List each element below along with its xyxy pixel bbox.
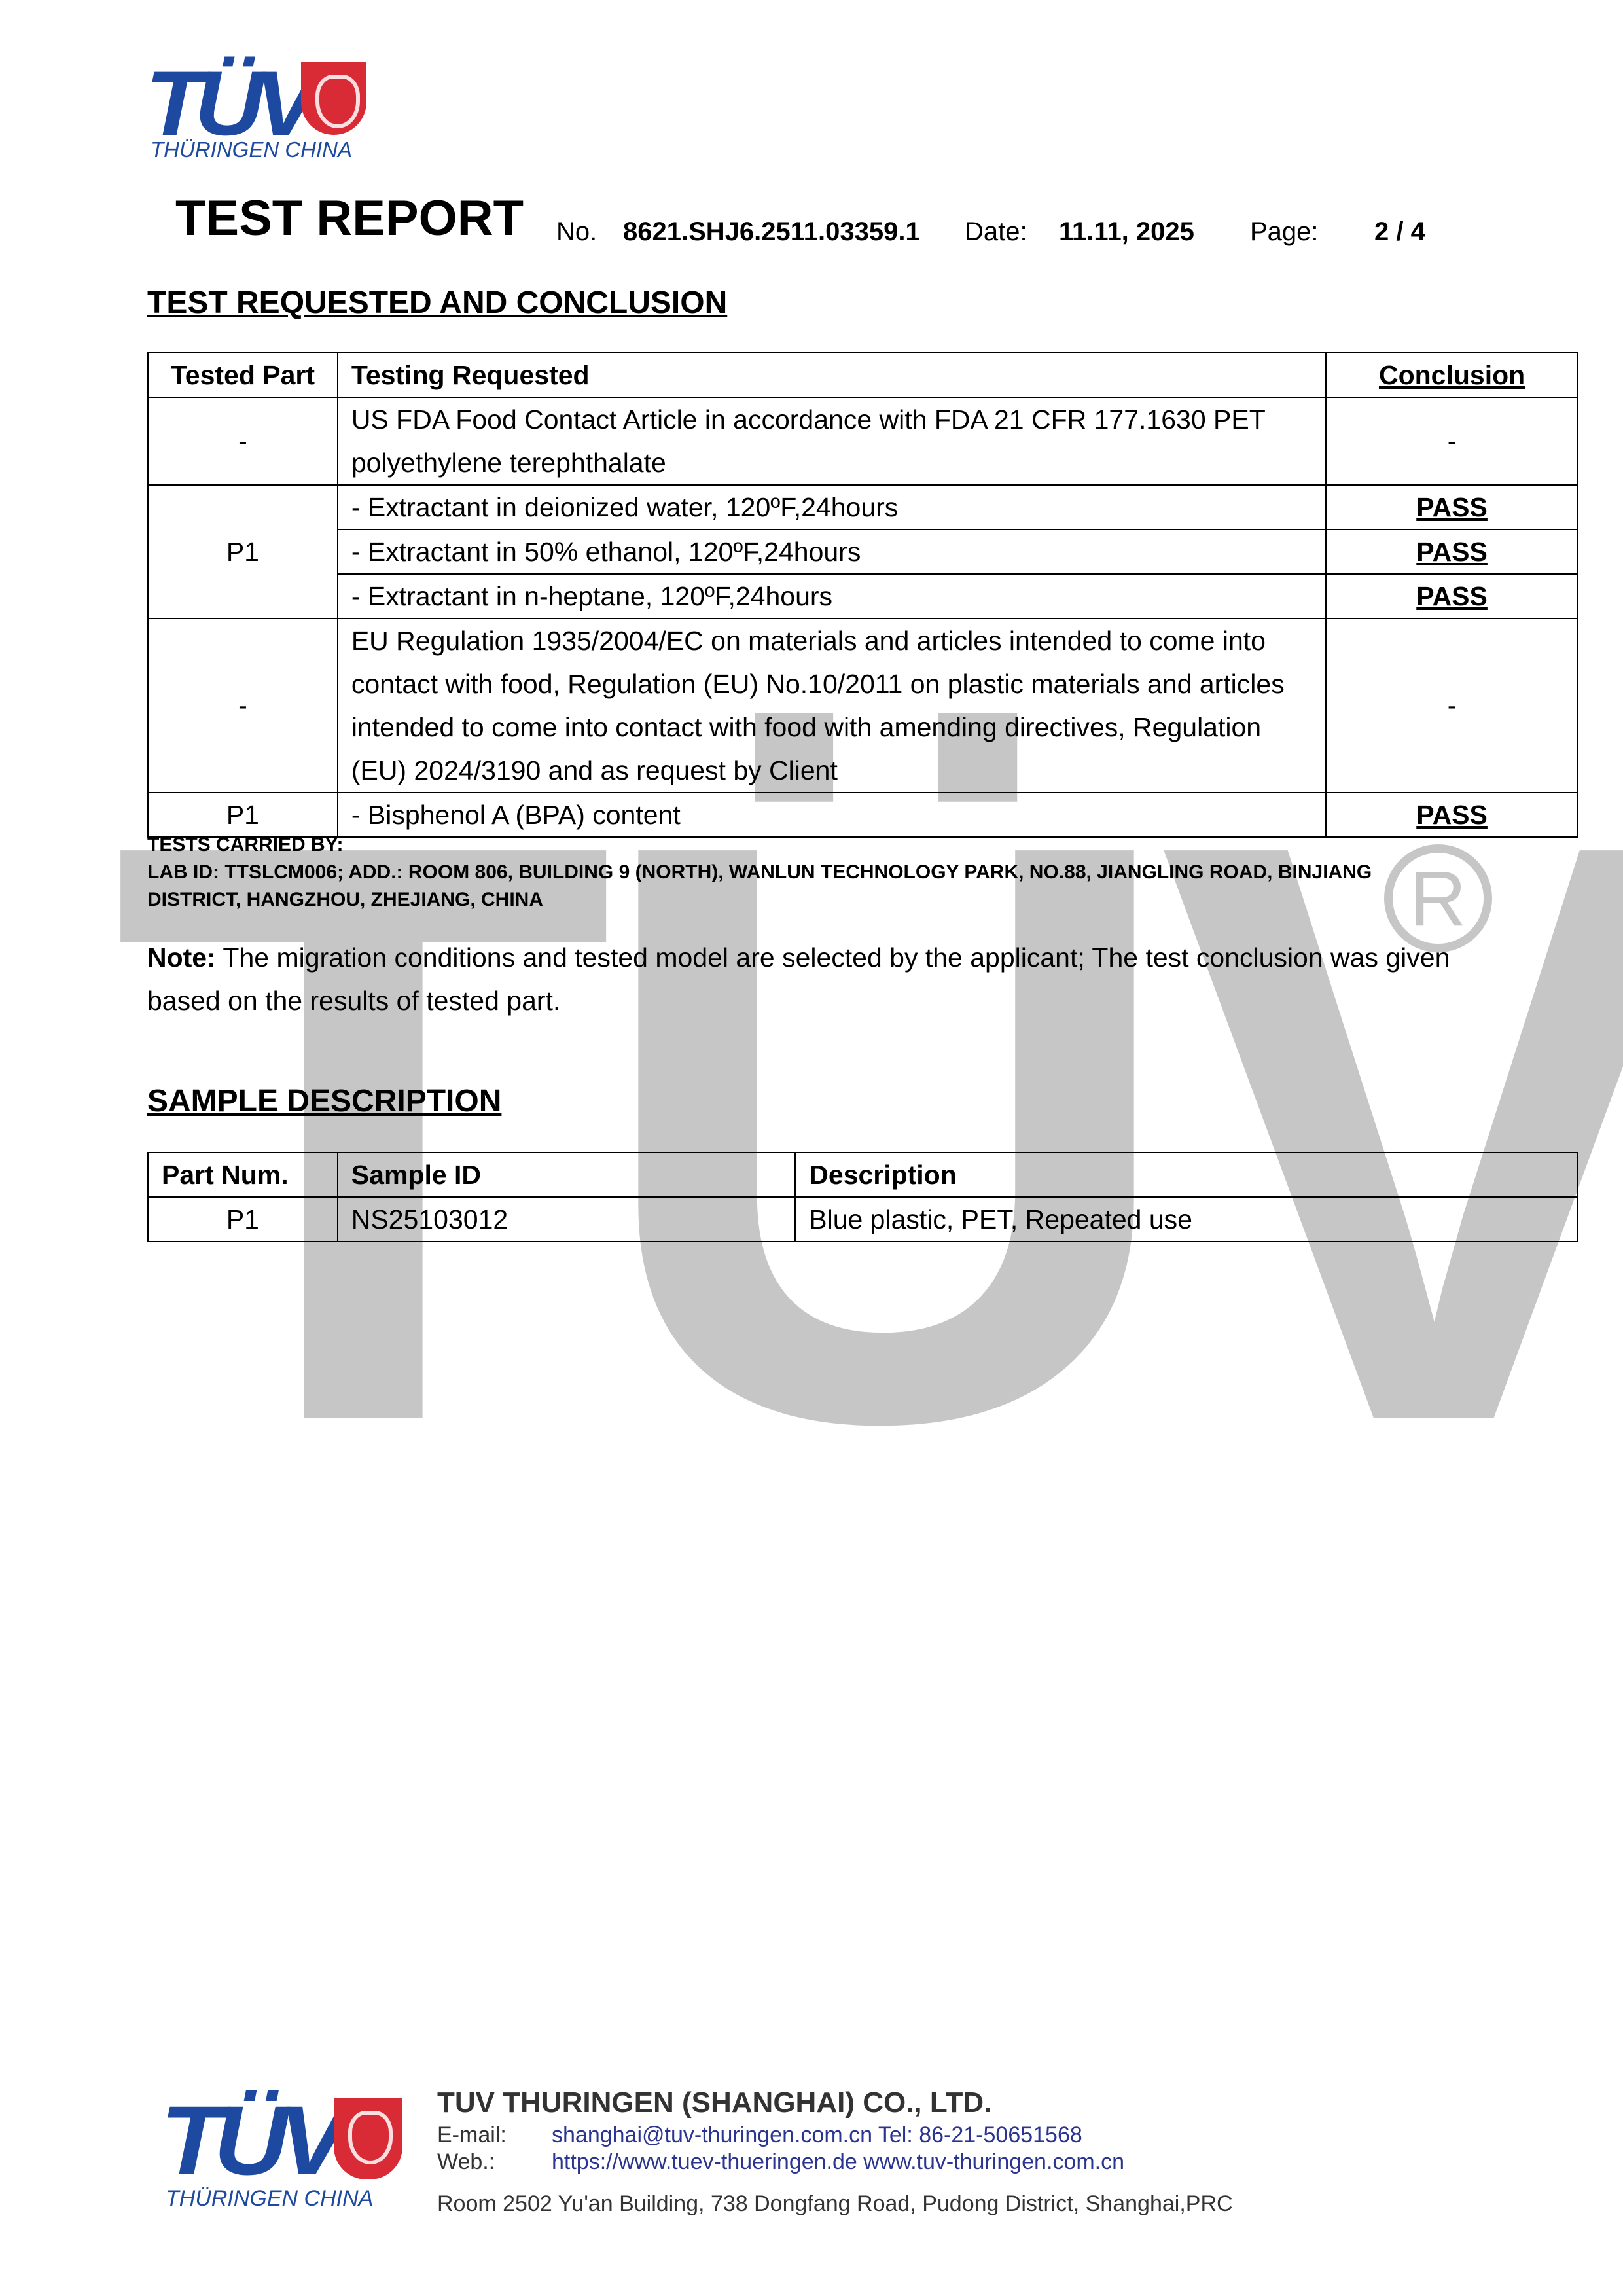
tested-part: - — [148, 397, 338, 485]
conclusion-pass: PASS — [1326, 574, 1578, 619]
conclusion-pass: PASS — [1326, 793, 1578, 837]
column-header: Sample ID — [338, 1153, 795, 1197]
tel-text: Tel: 86-21-50651568 — [878, 2123, 1082, 2147]
tests-carried-by: TESTS CARRIED BY: LAB ID: TTSLCM006; ADD… — [147, 831, 1372, 914]
note: Note: The migration conditions and teste… — [147, 936, 1522, 1022]
test-table: Tested Part Testing Requested Conclusion… — [147, 352, 1578, 838]
tested-part: P1 — [148, 793, 338, 837]
table-row: - EU Regulation 1935/2004/EC on material… — [148, 619, 1578, 793]
shield-lion-icon — [301, 62, 366, 135]
table-row: - US FDA Food Contact Article in accorda… — [148, 397, 1578, 485]
column-header: Conclusion — [1326, 353, 1578, 397]
testing-requested: - Extractant in n-heptane, 120ºF,24hours — [338, 574, 1326, 619]
testing-requested: - Bisphenol A (BPA) content — [338, 793, 1326, 837]
email-link[interactable]: shanghai@tuv-thuringen.com.cn — [552, 2123, 872, 2147]
tested-part: P1 — [148, 485, 338, 619]
table-row: P1 NS25103012 Blue plastic, PET, Repeate… — [148, 1197, 1578, 1242]
table-row: P1 - Bisphenol A (BPA) content PASS — [148, 793, 1578, 837]
company-name: TUV THURINGEN (SHANGHAI) CO., LTD. — [437, 2087, 991, 2119]
test-section-heading: TEST REQUESTED AND CONCLUSION — [147, 285, 727, 321]
testing-requested: US FDA Food Contact Article in accordanc… — [338, 397, 1326, 485]
email-label: E-mail: — [437, 2123, 552, 2148]
report-no-value: 8621.SHJ6.2511.03359.1 — [623, 217, 920, 247]
logo-wordmark: TÜV — [145, 58, 309, 149]
report-title: TEST REPORT — [175, 190, 524, 247]
note-label: Note: — [147, 942, 216, 973]
date-value: 11.11, 2025 — [1059, 217, 1194, 247]
column-header: Tested Part — [148, 353, 338, 397]
report-no-label: No. — [556, 217, 597, 247]
date-label: Date: — [965, 217, 1027, 247]
footer-logo: TÜV THÜRINGEN CHINA — [160, 2091, 409, 2209]
lab-info-line: LAB ID: TTSLCM006; ADD.: ROOM 806, BUILD… — [147, 859, 1372, 886]
web-link[interactable]: www.tuv-thuringen.com.cn — [863, 2149, 1124, 2174]
tuv-logo: TÜV THÜRINGEN CHINA — [145, 58, 374, 162]
logo-subtitle: THÜRINGEN CHINA — [151, 137, 352, 162]
testing-requested: - Extractant in deionized water, 120ºF,2… — [338, 485, 1326, 529]
conclusion: - — [1326, 397, 1578, 485]
note-text: The migration conditions and tested mode… — [147, 942, 1450, 1016]
web-link[interactable]: https://www.tuev-thueringen.de — [552, 2149, 857, 2174]
sample-table: Part Num. Sample ID Description P1 NS251… — [147, 1152, 1578, 1242]
conclusion-pass: PASS — [1326, 485, 1578, 529]
page-value: 2 / 4 — [1374, 217, 1425, 247]
logo-subtitle: THÜRINGEN CHINA — [166, 2186, 373, 2212]
table-row: - Extractant in n-heptane, 120ºF,24hours… — [148, 574, 1578, 619]
email-line: E-mail:shanghai@tuv-thuringen.com.cn Tel… — [437, 2123, 1082, 2148]
lab-info-line: DISTRICT, HANGZHOU, ZHEJIANG, CHINA — [147, 886, 1372, 914]
web-label: Web.: — [437, 2149, 552, 2175]
tests-carried-by-label: TESTS CARRIED BY: — [147, 831, 1372, 859]
shield-lion-icon — [334, 2098, 402, 2179]
company-address: Room 2502 Yu'an Building, 738 Dongfang R… — [437, 2191, 1233, 2217]
part-num: P1 — [148, 1197, 338, 1242]
conclusion: - — [1326, 619, 1578, 793]
sample-id: NS25103012 — [338, 1197, 795, 1242]
table-header-row: Tested Part Testing Requested Conclusion — [148, 353, 1578, 397]
conclusion-pass: PASS — [1326, 529, 1578, 574]
sample-section-heading: SAMPLE DESCRIPTION — [147, 1083, 501, 1119]
column-header: Testing Requested — [338, 353, 1326, 397]
page-label: Page: — [1250, 217, 1319, 247]
tested-part: - — [148, 619, 338, 793]
table-row: - Extractant in 50% ethanol, 120ºF,24hou… — [148, 529, 1578, 574]
column-header: Part Num. — [148, 1153, 338, 1197]
column-header: Description — [795, 1153, 1578, 1197]
testing-requested: EU Regulation 1935/2004/EC on materials … — [338, 619, 1326, 793]
testing-requested: - Extractant in 50% ethanol, 120ºF,24hou… — [338, 529, 1326, 574]
web-line: Web.:https://www.tuev-thueringen.de www.… — [437, 2149, 1124, 2175]
description: Blue plastic, PET, Repeated use — [795, 1197, 1578, 1242]
logo-wordmark: TÜV — [160, 2091, 338, 2189]
table-row: P1 - Extractant in deionized water, 120º… — [148, 485, 1578, 529]
table-header-row: Part Num. Sample ID Description — [148, 1153, 1578, 1197]
